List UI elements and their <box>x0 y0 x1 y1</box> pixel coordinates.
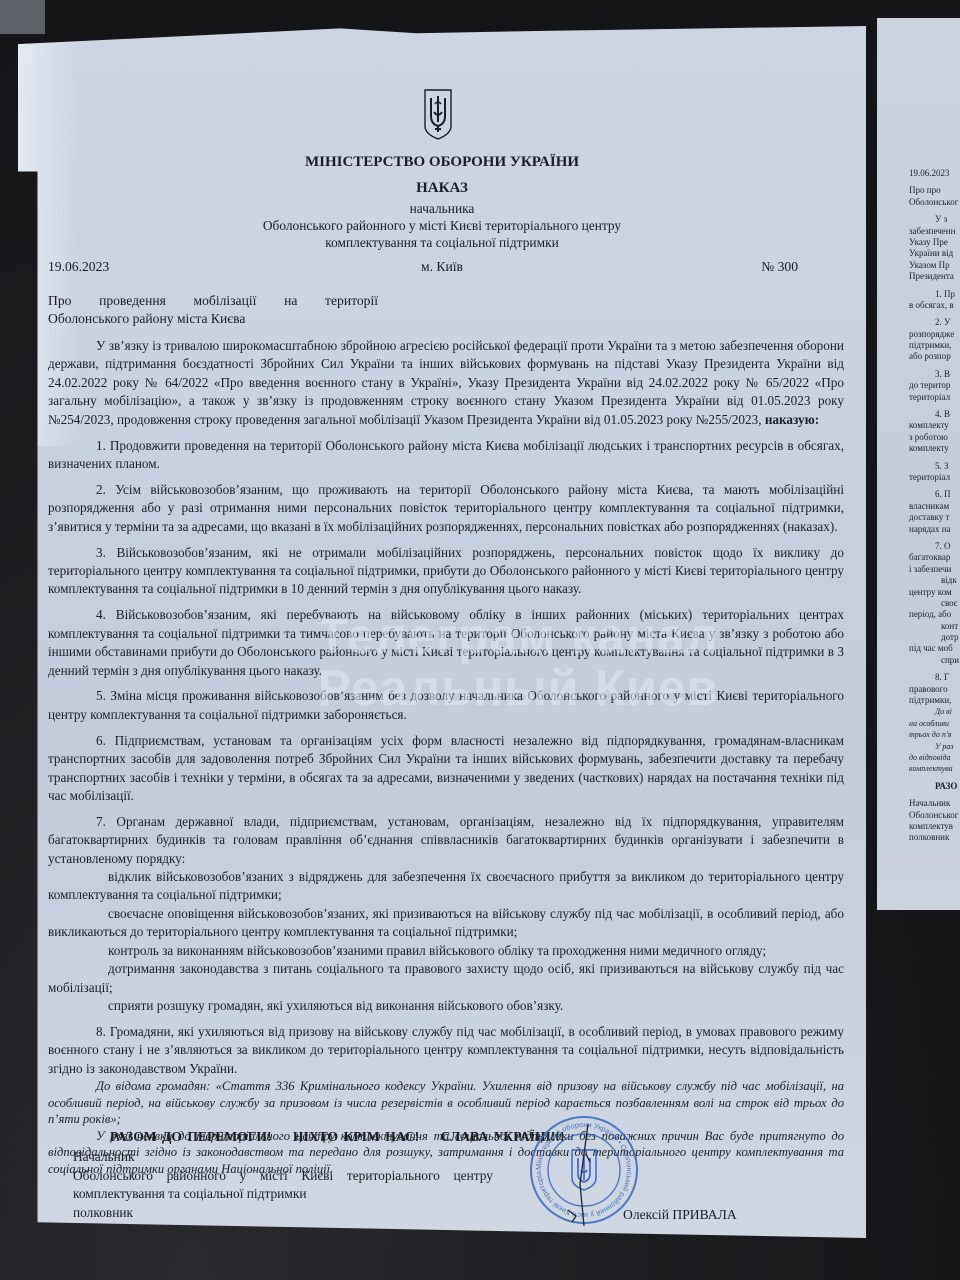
signatory-title: Начальник <box>73 1148 493 1167</box>
adjacent-document-line: або розпор <box>909 351 960 362</box>
issuer-line: Оболонського районного у місті Києві тер… <box>18 217 866 234</box>
adjacent-document-line: центру ком <box>909 587 960 598</box>
order-item: 5. Зміна місця проживання військовозобов… <box>48 687 844 724</box>
adjacent-document-line: У з <box>909 214 960 225</box>
adjacent-document-line: 19.06.2023 <box>909 168 960 179</box>
board-edge <box>0 0 45 34</box>
adjacent-document-line: багатоквар <box>909 552 960 563</box>
adjacent-document-line: підтримки, <box>909 340 960 351</box>
signatory-block: Начальник Оболонського районного у місті… <box>73 1148 493 1222</box>
adjacent-document-line: розпорядже <box>909 329 960 340</box>
order-item: 6. Підприємствам, установам та організац… <box>48 732 844 806</box>
order-body: У зв’язку із тривалою широкомасштабною з… <box>48 337 844 1178</box>
adjacent-document-line: територіал <box>909 392 960 403</box>
issuer-line: начальника <box>18 200 866 217</box>
adjacent-document-line: під час моб <box>909 643 960 654</box>
order-number: № 300 <box>761 259 798 275</box>
adjacent-document-line: комплектува <box>909 763 960 774</box>
adjacent-document-line: в обсягах, в <box>909 300 960 311</box>
criminal-code-notice: До відома громадян: «Стаття 336 Кримінал… <box>48 1078 844 1128</box>
adjacent-document-line: своє <box>909 598 960 609</box>
document-type: НАКАЗ <box>18 180 866 197</box>
order-item: 4. Військовозобов’язаним, які перебувают… <box>48 606 844 680</box>
order-city: м. Київ <box>48 259 836 275</box>
order-word: наказую: <box>765 412 819 427</box>
adjacent-document-line: 4. В <box>909 409 960 420</box>
adjacent-document-sheet: 19.06.2023Про проОболонськогУ ззабезпече… <box>877 18 960 910</box>
adjacent-document-line: 1. Пр <box>909 289 960 300</box>
adjacent-document-line: Оболонськог <box>909 810 960 821</box>
adjacent-document-line: комплектув <box>909 821 960 832</box>
adjacent-document-line: Президента <box>909 271 960 282</box>
slogan: РАЗОМ ДО ПЕРЕМОГИ! <box>110 1129 272 1144</box>
order-document-sheet: МІНІСТЕРСТВО ОБОРОНИ УКРАЇНИ НАКАЗ начал… <box>18 26 866 1238</box>
order-item: 8. Громадяни, які ухиляються від призову… <box>48 1023 844 1078</box>
adjacent-document-line: відк <box>909 575 960 586</box>
adjacent-document-line: забезпеченн <box>909 226 960 237</box>
adjacent-document-line: Про про <box>909 185 960 196</box>
adjacent-document-text: 19.06.2023Про проОболонськогУ ззабезпече… <box>909 168 960 844</box>
adjacent-document-line: конт <box>909 621 960 632</box>
order-subject: Про проведення мобілізації на території … <box>48 292 378 328</box>
ministry-title: МІНІСТЕРСТВО ОБОРОНИ УКРАЇНИ <box>18 154 866 171</box>
adjacent-document-line: комплекту <box>909 443 960 454</box>
order-item: 1. Продовжити проведення на території Об… <box>48 437 844 474</box>
adjacent-document-line: правового <box>909 684 960 695</box>
order-subitem: своєчасне оповіщення військовозобов’язан… <box>48 905 844 942</box>
adjacent-document-line: Оболонськог <box>909 197 960 208</box>
adjacent-document-line: У раз <box>909 741 960 752</box>
adjacent-document-line: Указом Пр <box>909 260 960 271</box>
subject-line: Оболонського району міста Києва <box>48 311 245 326</box>
subject-line: Про проведення мобілізації на території <box>48 292 378 310</box>
adjacent-document-line: Указу Пре <box>909 237 960 248</box>
adjacent-document-line: і забезпечи <box>909 564 960 575</box>
signatory-rank: полковник <box>73 1204 493 1223</box>
adjacent-document-line: комплекту <box>909 420 960 431</box>
order-subitem: дотримання законодавства з питань соціал… <box>48 960 844 997</box>
adjacent-document-line: на особливи <box>909 718 960 729</box>
adjacent-document-line: РАЗО <box>909 781 960 792</box>
adjacent-document-line: До ві <box>909 706 960 717</box>
order-subitem: сприяти розшуку громадян, які ухиляються… <box>48 997 844 1015</box>
adjacent-document-line: власникам <box>909 501 960 512</box>
adjacent-document-line: 7. О <box>909 541 960 552</box>
order-item: 7. Органам державної влади, підприємства… <box>48 813 844 868</box>
adjacent-document-line: до територ <box>909 380 960 391</box>
adjacent-document-line: трьох до п'я <box>909 729 960 740</box>
adjacent-document-line: України від <box>909 248 960 259</box>
adjacent-document-line: 2. У <box>909 317 960 328</box>
adjacent-document-line: доставку т <box>909 512 960 523</box>
issuer-block: начальника Оболонського районного у міст… <box>18 200 866 251</box>
adjacent-document-line: підтримки, <box>909 695 960 706</box>
order-item: 3. Військовозобов’язаним, які не отримал… <box>48 544 844 599</box>
order-subitem: контроль за виконанням військовозобов’яз… <box>48 942 844 960</box>
adjacent-document-line: полковник <box>909 832 960 843</box>
signatory-org: Оболонського районного у місті Києві тер… <box>73 1167 493 1186</box>
signatory-org: комплектування та соціальної підтримки <box>73 1185 493 1204</box>
adjacent-document-line: спри <box>909 655 960 666</box>
adjacent-document-line: нарядах на <box>909 524 960 535</box>
adjacent-document-line: 3. В <box>909 369 960 380</box>
adjacent-document-line: з роботою <box>909 432 960 443</box>
adjacent-document-line: територіал <box>909 472 960 483</box>
adjacent-document-line: період, або <box>909 609 960 620</box>
adjacent-document-line: 8. Г <box>909 672 960 683</box>
slogan: НІХТО КРІМ НАС! <box>293 1129 419 1144</box>
issuer-line: комплектування та соціальної підтримки <box>18 234 866 251</box>
trident-emblem-icon <box>423 88 453 140</box>
adjacent-document-line: до відповіда <box>909 752 960 763</box>
slogans: РАЗОМ ДО ПЕРЕМОГИ! НІХТО КРІМ НАС! СЛАВА… <box>110 1129 580 1145</box>
adjacent-document-line: 5. З <box>909 461 960 472</box>
preamble: У зв’язку із тривалою широкомасштабною з… <box>48 337 844 429</box>
adjacent-document-line: 6. П <box>909 489 960 500</box>
order-subitem: відклик військовозобов’язаних з відрядже… <box>48 868 844 905</box>
adjacent-document-line: Начальник <box>909 798 960 809</box>
order-item: 2. Усім військовозобов’язаним, що прожив… <box>48 481 844 536</box>
signatory-name: Олексій ПРИВАЛА <box>623 1207 737 1223</box>
adjacent-document-line: дотр <box>909 632 960 643</box>
